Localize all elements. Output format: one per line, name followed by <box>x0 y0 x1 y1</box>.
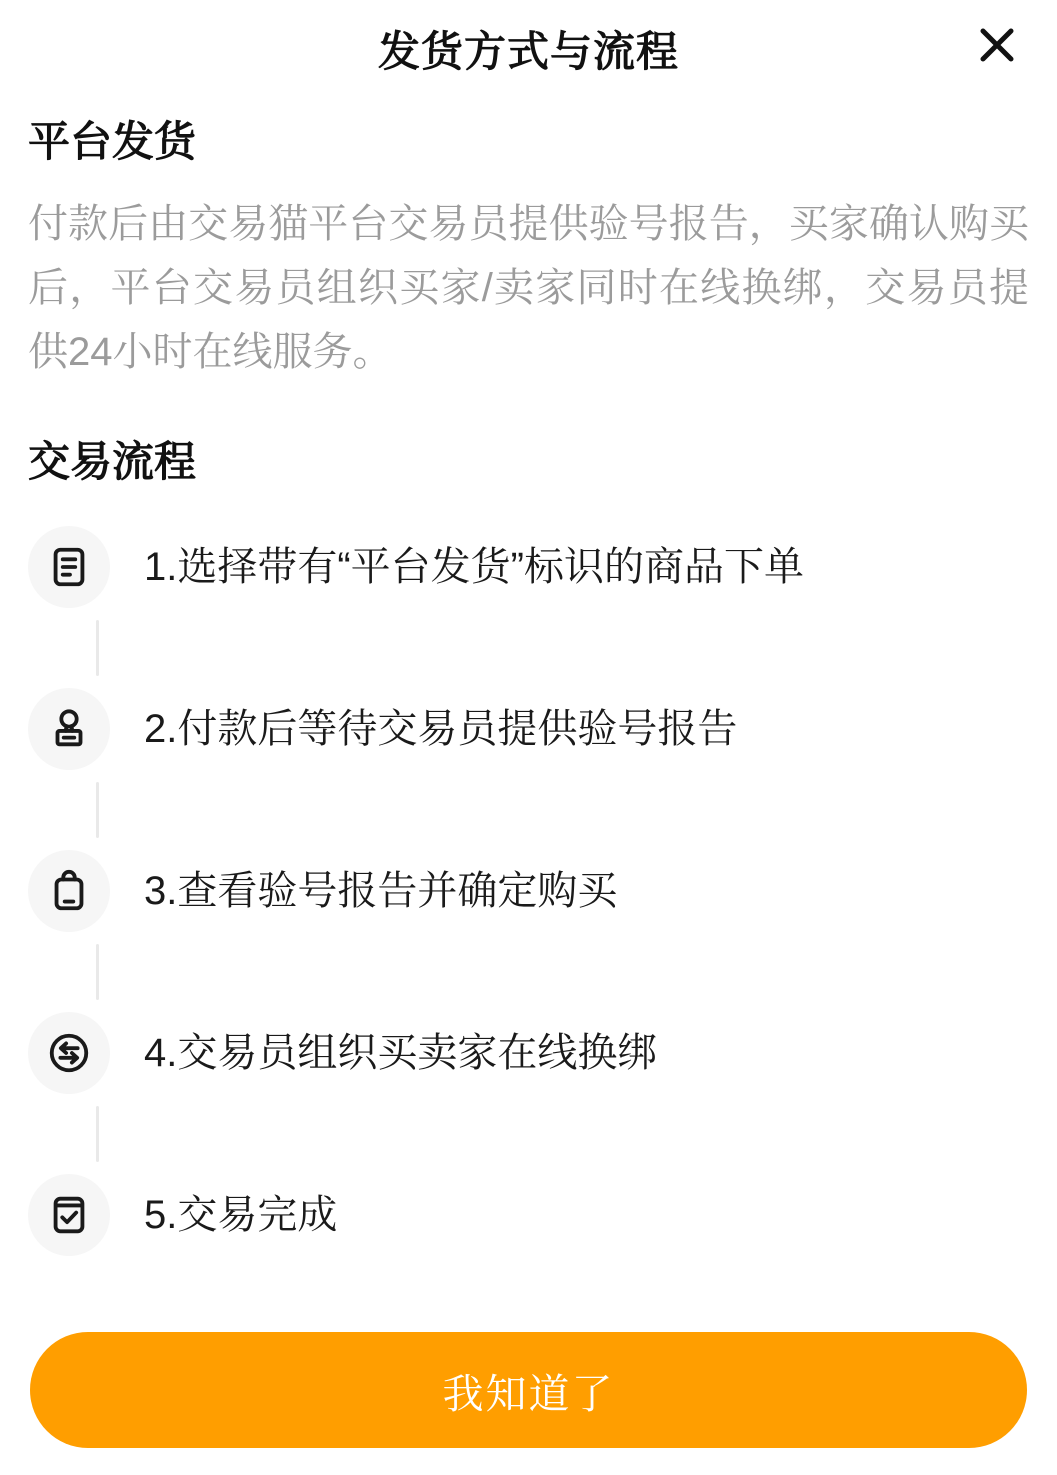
process-heading: 交易流程 <box>28 436 1029 488</box>
step-connector <box>28 608 1029 688</box>
close-button[interactable] <box>969 18 1025 74</box>
swap-arrows-icon <box>28 1012 110 1094</box>
step-connector <box>28 1094 1029 1174</box>
step-label: 5.交易完成 <box>144 1190 337 1240</box>
platform-shipping-section: 平台发货 付款后由交易猫平台交易员提供验号报告，买家确认购买后，平台交易员组织买… <box>0 116 1057 384</box>
step-label: 1.选择带有“平台发货”标识的商品下单 <box>144 542 804 592</box>
step-label: 4.交易员组织买卖家在线换绑 <box>144 1028 657 1078</box>
shopping-bag-icon <box>28 850 110 932</box>
step-label: 3.查看验号报告并确定购买 <box>144 866 617 916</box>
step-row-1: 1.选择带有“平台发货”标识的商品下单 <box>28 526 1029 608</box>
platform-shipping-heading: 平台发货 <box>28 116 1029 168</box>
step-row-4: 4.交易员组织买卖家在线换绑 <box>28 1012 1029 1094</box>
stamp-icon <box>28 688 110 770</box>
completed-check-icon <box>28 1174 110 1256</box>
step-row-2: 2.付款后等待交易员提供验号报告 <box>28 688 1029 770</box>
step-row-5: 5.交易完成 <box>28 1174 1029 1256</box>
close-icon <box>976 24 1018 69</box>
shipping-process-modal: 发货方式与流程 平台发货 付款后由交易猫平台交易员提供验号报告，买家确认购买后，… <box>0 0 1057 1475</box>
step-connector <box>28 770 1029 850</box>
process-steps-list: 1.选择带有“平台发货”标识的商品下单 2.付款后等待交易员提供验号报告 <box>0 526 1057 1256</box>
order-document-icon <box>28 526 110 608</box>
step-row-3: 3.查看验号报告并确定购买 <box>28 850 1029 932</box>
process-section: 交易流程 <box>0 436 1057 488</box>
modal-header: 发货方式与流程 <box>0 0 1057 78</box>
confirm-button[interactable]: 我知道了 <box>30 1332 1027 1448</box>
modal-title: 发货方式与流程 <box>0 26 1057 78</box>
platform-shipping-description: 付款后由交易猫平台交易员提供验号报告，买家确认购买后，平台交易员组织买家/卖家同… <box>28 192 1029 384</box>
step-connector <box>28 932 1029 1012</box>
step-label: 2.付款后等待交易员提供验号报告 <box>144 704 737 754</box>
